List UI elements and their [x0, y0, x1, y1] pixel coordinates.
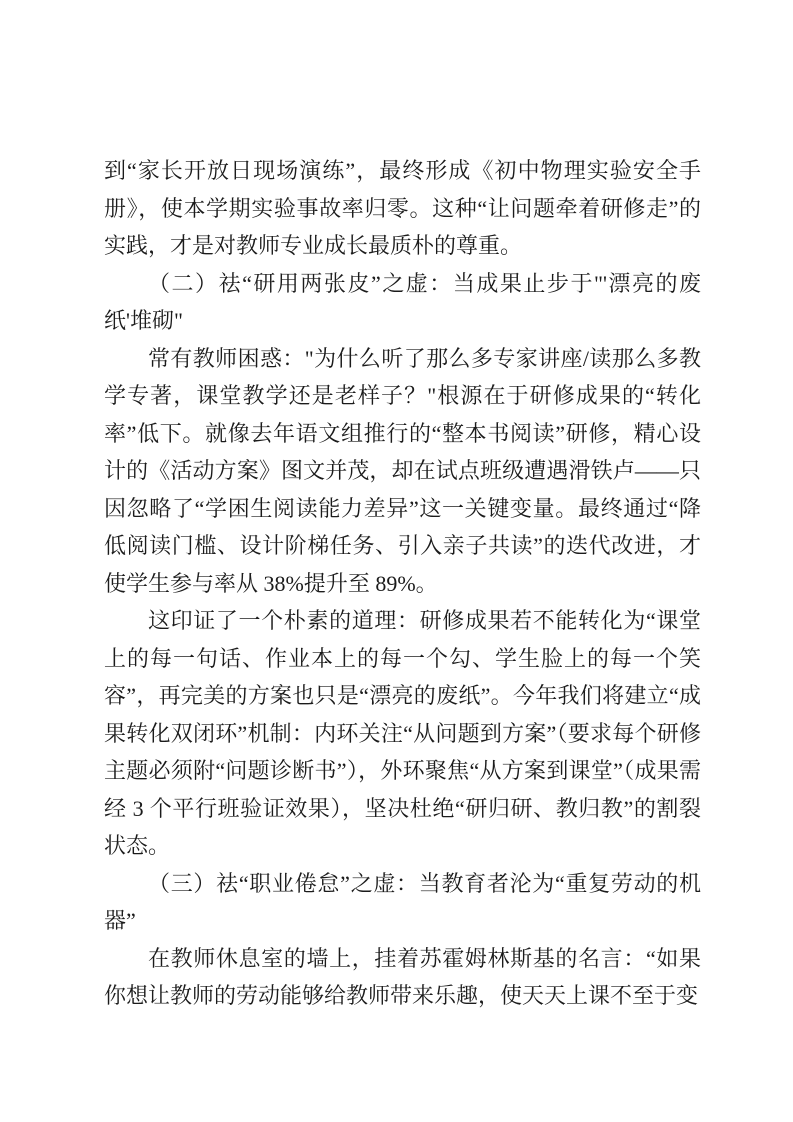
paragraph-body: 这印证了一个朴素的道理：研修成果若不能转化为“课堂上的每一句话、作业本上的每一个… [104, 602, 701, 865]
paragraph-continuation: 到“家长开放日现场演练”，最终形成《初中物理实验安全手册》，使本学期实验事故率归… [104, 152, 701, 265]
section-heading-2: （二）祛“研用两张皮”之虚：当成果止步于"'漂亮的废纸'堆砌" [104, 265, 701, 340]
section-heading-3: （三）祛“职业倦怠”之虚：当教育者沦为“重复劳动的机器” [104, 865, 701, 940]
paragraph-body: 常有教师困惑："为什么听了那么多专家讲座/读那么多教学专著，课堂教学还是老样子？… [104, 340, 701, 603]
document-page: 到“家长开放日现场演练”，最终形成《初中物理实验安全手册》，使本学期实验事故率归… [0, 0, 793, 1122]
paragraph-body: 在教师休息室的墙上，挂着苏霍姆林斯基的名言：“如果你想让教师的劳动能够给教师带来… [104, 940, 701, 1015]
text-block: 到“家长开放日现场演练”，最终形成《初中物理实验安全手册》，使本学期实验事故率归… [104, 152, 701, 1015]
